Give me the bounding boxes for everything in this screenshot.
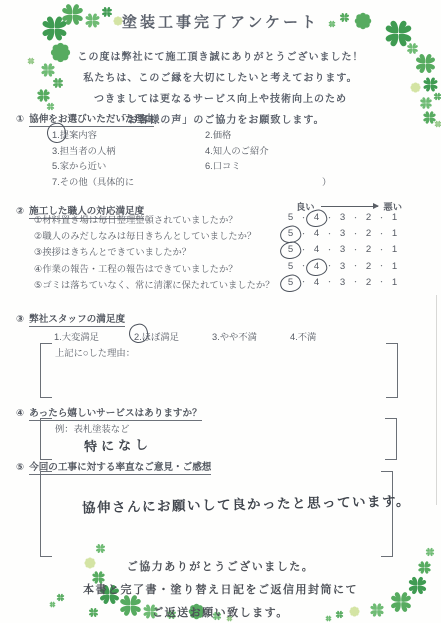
footer-line: 本書と完了書・塗り替え日記をご返信用封筒にて <box>0 581 441 597</box>
section3-number: ③ <box>16 314 24 325</box>
rating-3: 3 <box>336 277 349 288</box>
rating-4-circled: 4 <box>310 261 323 272</box>
rating-rows: ①材料置き場は毎日整理整頓されていましたか？ 5・4・3・2・1 ②職人のみだし… <box>34 212 401 293</box>
rating-3: 3 <box>336 212 349 223</box>
left-bracket <box>40 418 52 460</box>
s1-option-4: 4.知人のご紹介 <box>205 143 269 157</box>
dot: ・ <box>378 261 385 271</box>
section1-number: ① <box>16 114 24 125</box>
section1-heading: ①協伸をお選びいただいた理由 <box>16 111 154 125</box>
question-text: ⑤ゴミは落ちていなく、常に清潔に保たれていましたか？ <box>34 277 284 291</box>
dot: ・ <box>326 229 333 239</box>
rating-1: 1 <box>388 212 401 223</box>
page-title: 塗装工事完了アンケート <box>0 11 441 32</box>
rating-5-circled: 5 <box>284 228 297 239</box>
good-to-bad-arrow-icon <box>321 206 379 207</box>
s1-option-3: 3.担当者の人柄 <box>52 143 116 157</box>
section1-title: 協伸をお選びいただいた理由 <box>29 114 154 127</box>
s1-closing-paren: ） <box>322 174 331 188</box>
section3-title: 弊社スタッフの満足度 <box>29 314 125 327</box>
intro-line: つきましては更なるサービス向上や技術向上のため <box>0 90 441 105</box>
right-bracket <box>386 343 398 398</box>
scan-artifact-line <box>436 295 437 505</box>
rating-2: 2 <box>362 244 375 255</box>
service-example-label: 例：表札塗装など <box>55 421 129 435</box>
rating-3: 3 <box>336 228 349 239</box>
dot: ・ <box>378 245 385 255</box>
dot: ・ <box>352 213 359 223</box>
rating-5-circled: 5 <box>284 244 297 255</box>
rating-row: ①材料置き場は毎日整理整頓されていましたか？ 5・4・3・2・1 <box>34 212 401 228</box>
rating-5-circled: 5 <box>284 277 297 288</box>
rating-3: 3 <box>336 261 349 272</box>
dot: ・ <box>352 277 359 287</box>
s1-option-7: 7.その他（具体的に <box>52 174 134 188</box>
rating-scale: 5・4・3・2・1 <box>284 212 401 223</box>
s3-option-1: 1.大変満足 <box>54 329 99 343</box>
dot: ・ <box>326 277 333 287</box>
handwritten-answer-s4: 特になし <box>84 434 153 455</box>
section3-heading: ③弊社スタッフの満足度 <box>16 311 125 325</box>
rating-row: ③挨拶はきちんとできていましたか？ 5・4・3・2・1 <box>34 244 401 260</box>
rating-row: ②職人のみだしなみは毎日きちんとしていましたか？ 5・4・3・2・1 <box>34 228 401 244</box>
rating-4-circled: 4 <box>310 212 323 223</box>
rating-4: 4 <box>310 244 323 255</box>
survey-scan-page: 塗装工事完了アンケート この度は弊社にて施工頂き誠にありがとうございました！ 私… <box>0 0 441 623</box>
rating-1: 1 <box>388 277 401 288</box>
rating-scale: 5・4・3・2・1 <box>284 261 401 272</box>
question-text: ②職人のみだしなみは毎日きちんとしていましたか？ <box>34 228 284 242</box>
rating-1: 1 <box>388 261 401 272</box>
s1-option-6: 6.口コミ <box>205 158 241 172</box>
rating-2: 2 <box>362 261 375 272</box>
s3-option-4: 4.不満 <box>290 329 316 343</box>
dot: ・ <box>352 229 359 239</box>
dot: ・ <box>378 229 385 239</box>
rating-2: 2 <box>362 212 375 223</box>
intro-line: この度は弊社にて施工頂き誠にありがとうございました！ <box>0 48 441 63</box>
rating-4: 4 <box>310 228 323 239</box>
section4-heading: ④あったら嬉しいサービスはありますか？ <box>16 405 202 419</box>
rating-row: ⑤ゴミは落ちていなく、常に清潔に保たれていましたか？ 5・4・3・2・1 <box>34 277 401 293</box>
footer-line: ご返送お願い致します。 <box>0 604 441 620</box>
reason-box-label: 上記に○した理由： <box>55 345 135 359</box>
rating-2: 2 <box>362 228 375 239</box>
right-bracket <box>381 471 393 557</box>
question-text: ④作業の報告・工程の報告はできていましたか？ <box>34 261 284 275</box>
rating-1: 1 <box>388 244 401 255</box>
section2-number: ② <box>16 206 24 217</box>
rating-5: 5 <box>284 261 297 272</box>
rating-1: 1 <box>388 228 401 239</box>
rating-scale: 5・4・3・2・1 <box>284 228 401 239</box>
dot: ・ <box>378 277 385 287</box>
left-bracket <box>40 471 52 557</box>
footer-line: ご協力ありがとうございました。 <box>0 558 441 574</box>
s3-option-3: 3.やや不満 <box>212 329 257 343</box>
rating-scale: 5・4・3・2・1 <box>284 244 401 255</box>
intro-line: 私たちは、このご縁を大切にしたいと考えております。 <box>0 69 441 84</box>
dot: ・ <box>326 245 333 255</box>
rating-row: ④作業の報告・工程の報告はできていましたか？ 5・4・3・2・1 <box>34 261 401 277</box>
dot: ・ <box>378 213 385 223</box>
rating-5: 5 <box>284 212 297 223</box>
rating-3: 3 <box>336 244 349 255</box>
right-bracket <box>385 418 397 460</box>
s1-option-5: 5.家から近い <box>52 158 106 172</box>
rating-4: 4 <box>310 277 323 288</box>
question-text: ①材料置き場は毎日整理整頓されていましたか？ <box>34 212 284 226</box>
dot: ・ <box>352 245 359 255</box>
section5-number: ⑤ <box>16 462 24 473</box>
rating-2: 2 <box>362 277 375 288</box>
scale-bad-label: 悪い <box>383 199 402 213</box>
section4-number: ④ <box>16 408 24 419</box>
footer-text: ご協力ありがとうございました。 本書と完了書・塗り替え日記をご返信用封筒にて ご… <box>0 558 441 623</box>
dot: ・ <box>352 261 359 271</box>
left-bracket <box>40 343 52 398</box>
question-text: ③挨拶はきちんとできていましたか？ <box>34 244 284 258</box>
s1-option-2: 2.価格 <box>205 127 231 141</box>
rating-scale: 5・4・3・2・1 <box>284 277 401 288</box>
